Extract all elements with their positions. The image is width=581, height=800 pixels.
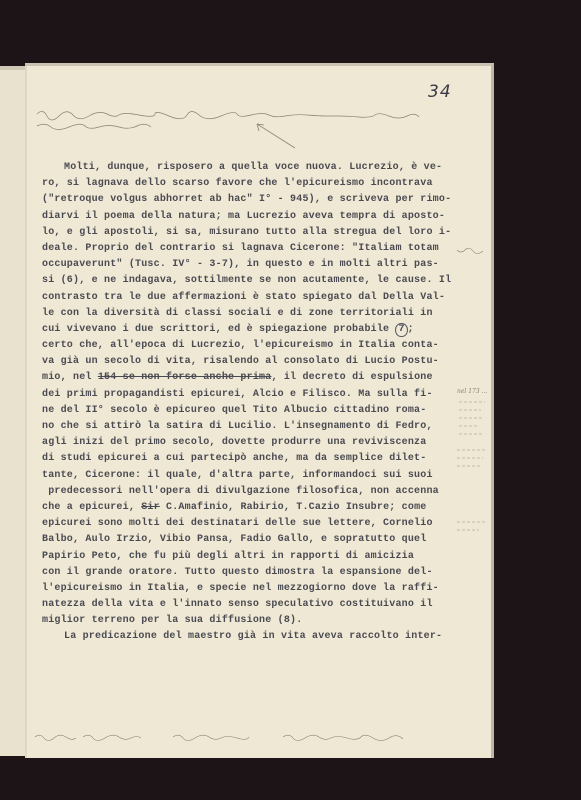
margin-note-2: nel 173 ... bbox=[457, 388, 489, 396]
margin-note-1 bbox=[455, 246, 485, 258]
text-line: ("retroque volgus abhorret ab hac" I° - … bbox=[42, 192, 452, 208]
text-line: agli inizi del primo secolo, dovette pro… bbox=[42, 435, 452, 451]
text-line: di studi epicurei a cui partecipò anche,… bbox=[42, 451, 452, 467]
text-line: va già un secolo di vita, risalendo al c… bbox=[42, 354, 452, 370]
text-line: deale. Proprio del contrario si lagnava … bbox=[42, 241, 452, 257]
text-line: natezza della vita e l'innato senso spec… bbox=[42, 597, 452, 613]
text-line: cui vivevano i due scrittori, ed è spieg… bbox=[42, 322, 452, 338]
text-line: ro, si lagnava dello scarso favore che l… bbox=[42, 176, 452, 192]
text-line: predecessori nell'opera di divulgazione … bbox=[42, 484, 452, 500]
text-line: Molti, dunque, risposero a quella voce n… bbox=[42, 160, 452, 176]
margin-note-4-scribble bbox=[455, 518, 489, 538]
text-line: dei primi propagandisti epicurei, Alcio … bbox=[42, 387, 452, 403]
circled-footnote-marker: 7 bbox=[395, 323, 407, 337]
text-line: ne del II° secolo è epicureo quel Tito A… bbox=[42, 403, 452, 419]
typewritten-body: Molti, dunque, risposero a quella voce n… bbox=[42, 160, 452, 646]
margin-note-2-scribble bbox=[457, 398, 489, 438]
text-line: le con la diversità di classi sociali e … bbox=[42, 306, 452, 322]
text-line: certo che, all'epoca di Lucrezio, l'epic… bbox=[42, 338, 452, 354]
text-line: che a epicurei, Sir C.Amafinio, Rabirio,… bbox=[42, 500, 452, 516]
text-line: Balbo, Aulo Irzio, Vibio Pansa, Fadio Ga… bbox=[42, 532, 452, 548]
typewritten-page: 34 [illegible handwritten annotation, tw… bbox=[25, 63, 494, 758]
margin-note-3-scribble bbox=[455, 446, 489, 474]
text-line: si (6), e ne indagava, sottilmente se no… bbox=[42, 273, 452, 289]
text-line: epicurei sono molti dei destinatari dell… bbox=[42, 516, 452, 532]
arrow-annotation-icon bbox=[255, 122, 310, 150]
text-line: mio, nel 154 se non forse anche prima, i… bbox=[42, 370, 452, 386]
struck-text: Sir bbox=[141, 502, 160, 513]
previous-page-edge bbox=[0, 66, 27, 756]
text-line: lo, e gli apostoli, si sa, misurano tutt… bbox=[42, 225, 452, 241]
text-line: occupaverunt" (Tusc. IV° - 3-7), in ques… bbox=[42, 257, 452, 273]
text-line: Papirio Peto, che fu più degli altri in … bbox=[42, 549, 452, 565]
struck-text: 154 se non forse anche prima bbox=[98, 372, 272, 383]
text-line: tante, Cicerone: il quale, d'altra parte… bbox=[42, 468, 452, 484]
handwritten-bottom-footnotes bbox=[33, 731, 473, 743]
text-line: l'epicureismo in Italia, e specie nel me… bbox=[42, 581, 452, 597]
text-line: miglior terreno per la sua diffusione (8… bbox=[42, 613, 452, 629]
text-line: no che si attirò la satira di Lucilio. L… bbox=[42, 419, 452, 435]
text-line: contrasto tra le due affermazioni è stat… bbox=[42, 290, 452, 306]
text-line: con il grande oratore. Tutto questo dimo… bbox=[42, 565, 452, 581]
text-line: diarvi il poema della natura; ma Lucrezi… bbox=[42, 209, 452, 225]
text-line: La predicazione del maestro già in vita … bbox=[42, 629, 452, 645]
page-number: 34 bbox=[428, 82, 452, 102]
